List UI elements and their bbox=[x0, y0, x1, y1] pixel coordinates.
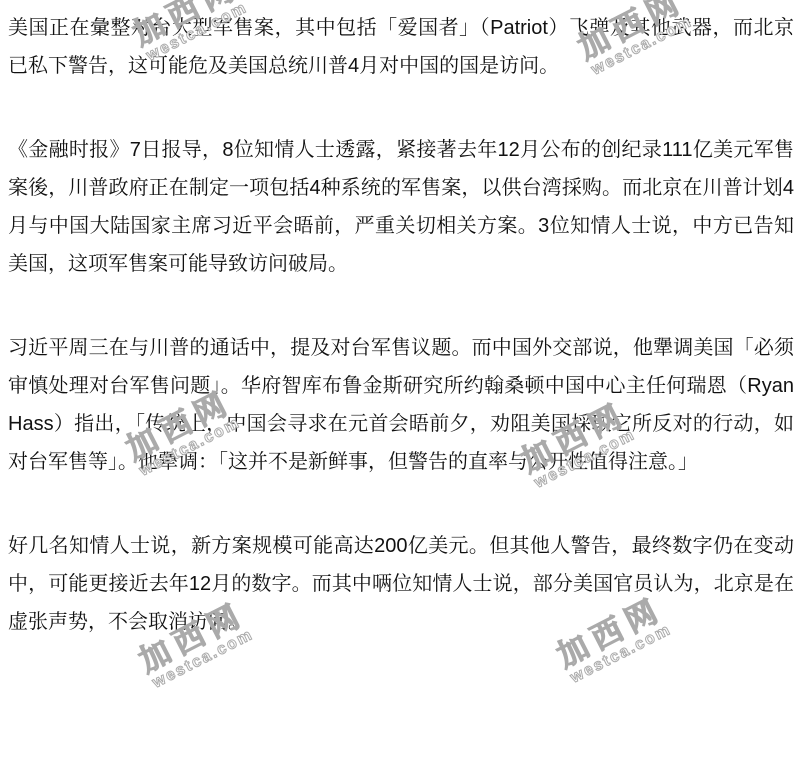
article-body: 美国正在彙整对台大型军售案，其中包括「爱国者」（Patriot）飞弹及其他武器，… bbox=[8, 9, 794, 641]
article-paragraph-2: 《金融时报》7日报导，8位知情人士透露，紧接著去年12月公布的创纪录111亿美元… bbox=[8, 131, 794, 283]
article-paragraph-3: 习近平周三在与川普的通话中，提及对台军售议题。而中国外交部说，他犟调美国「必须审… bbox=[8, 329, 794, 481]
article-paragraph-4: 好几名知情人士说，新方案规模可能高达200亿美元。但其他人警告，最终数字仍在变动… bbox=[8, 527, 794, 641]
article-paragraph-1: 美国正在彙整对台大型军售案，其中包括「爱国者」（Patriot）飞弹及其他武器，… bbox=[8, 9, 794, 85]
